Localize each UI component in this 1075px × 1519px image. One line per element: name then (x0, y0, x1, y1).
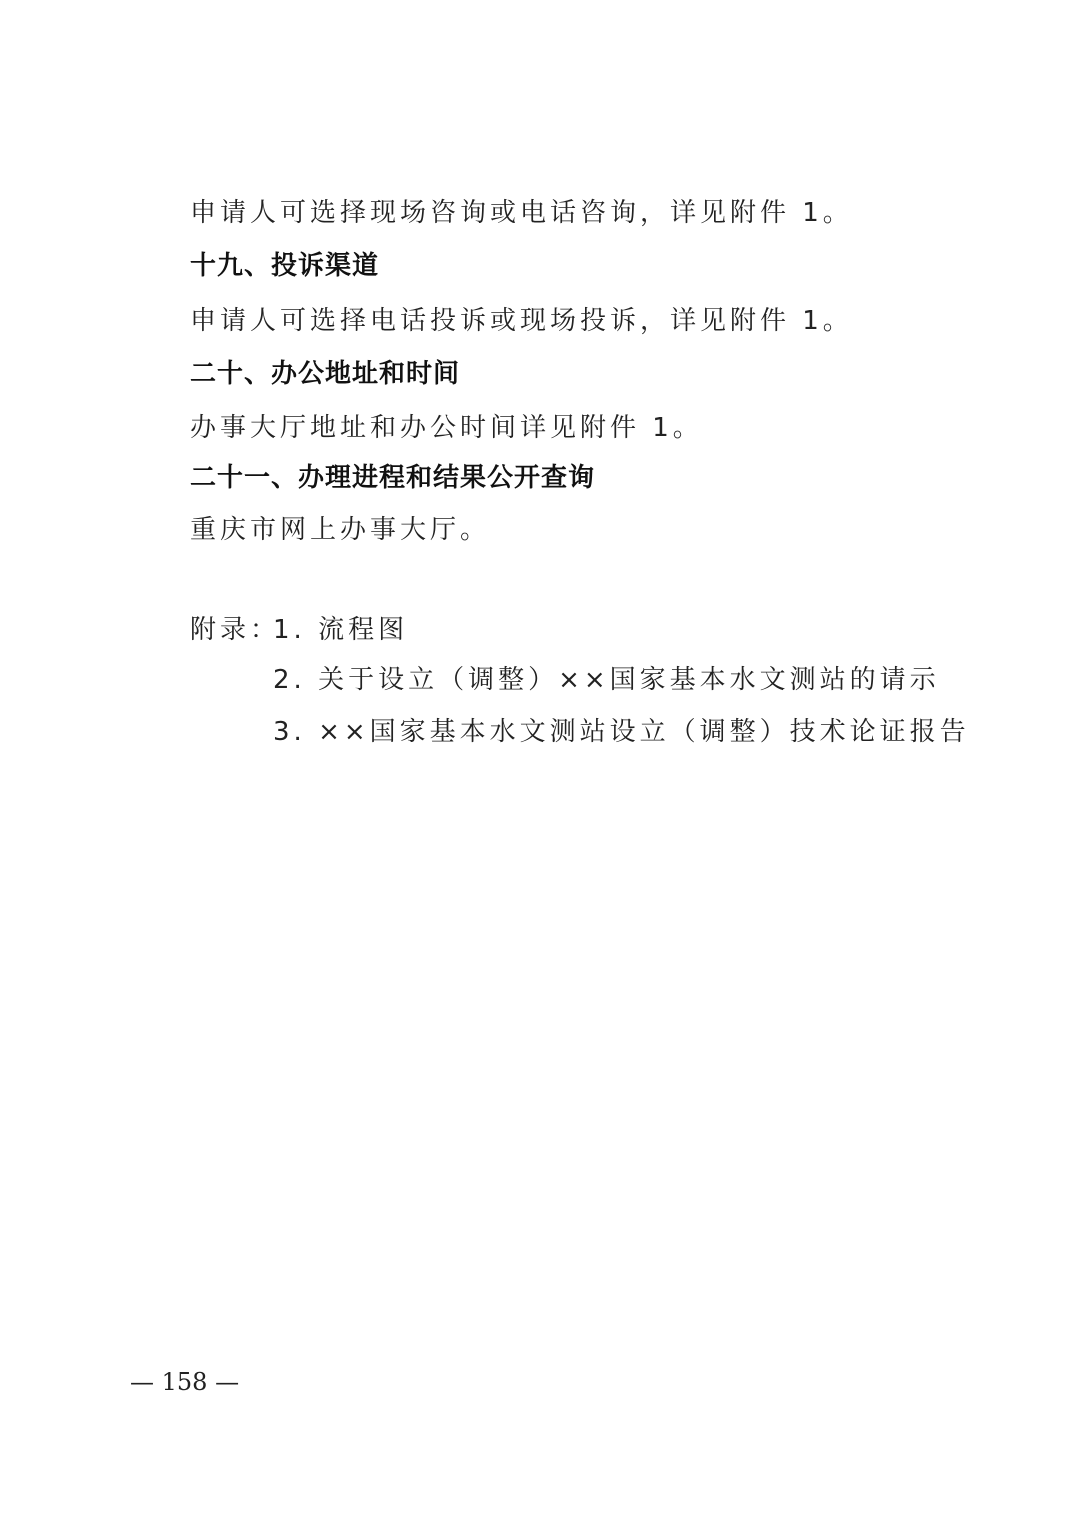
paragraph-consultation: 申请人可选择现场咨询或电话咨询，详见附件 1。 (190, 196, 853, 230)
appendix-item-request: 2. 关于设立（调整）××国家基本水文测站的请示 (273, 663, 940, 697)
heading-progress-query: 二十一、办理进程和结果公开查询 (190, 461, 595, 495)
paragraph-online-hall: 重庆市网上办事大厅。 (190, 513, 490, 547)
heading-office-address-hours: 二十、办公地址和时间 (190, 357, 460, 391)
paragraph-complaint: 申请人可选择电话投诉或现场投诉，详见附件 1。 (190, 304, 853, 338)
appendix-item-flowchart: 1. 流程图 (273, 613, 408, 647)
appendix-item-technical-report: 3. ××国家基本水文测站设立（调整）技术论证报告 (273, 715, 970, 749)
paragraph-office-address: 办事大厅地址和办公时间详见附件 1。 (190, 411, 703, 445)
page-number: — 158 — (130, 1368, 239, 1396)
heading-complaint-channels: 十九、投诉渠道 (190, 249, 379, 283)
appendix-label: 附录： (190, 613, 280, 647)
